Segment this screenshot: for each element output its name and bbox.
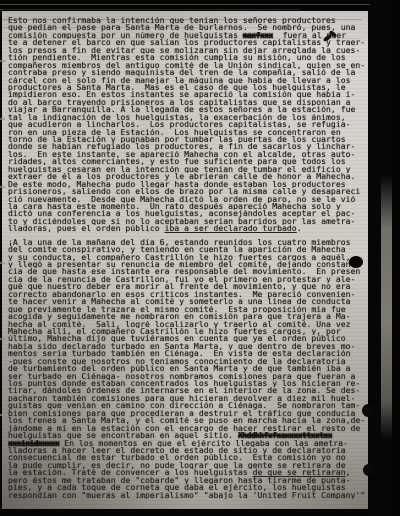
text-line: que pedían el pase para Santa Marta de b… <box>8 24 364 31</box>
text-line: Mahecha allí, el compañero Castrillón le… <box>8 328 364 335</box>
text-line: lladoras a hacer leer el decreto de esta… <box>8 447 364 454</box>
text-line: huelguistas cesaran en la intención que … <box>8 166 364 173</box>
text-line: pacharon también comisiones para que hic… <box>8 395 364 402</box>
text-line: productores a Santa Marta. Mas es el cas… <box>8 84 364 91</box>
text-line: mentos sería turbado también en Ciénaga.… <box>8 350 364 357</box>
text-line: contraba preso y siendo maquinista del t… <box>8 69 364 76</box>
text-line: compañeros miembros del antiguo comité d… <box>8 62 364 69</box>
page-edge-streak <box>381 175 392 440</box>
text-line: hecha al comité. Salí, logré localizarlo… <box>8 321 364 328</box>
text-line: ser turbado en Ciénaga- nosotros nombram… <box>8 373 364 380</box>
text-line: extraer de él a los productores y le abr… <box>8 173 364 180</box>
text-line: y su conducta, el compañero Castrillón l… <box>8 254 364 261</box>
overstruck-text: xxxixidxxxxx <box>8 440 59 447</box>
text-line: De este modo, Mahecha pudo llegar hasta … <box>8 181 364 188</box>
text-line: donde se habían refugiado los productore… <box>8 143 364 150</box>
text-line: y llegó a presentar su renuncia de miemb… <box>8 261 364 268</box>
text-line: último, Mahecha dijo que tuviéramos en c… <box>8 335 364 342</box>
scan-artifact-line <box>0 9 300 10</box>
text-line: correcto abandonarlo en esos críticos in… <box>8 291 364 298</box>
text-line: que acudieron a lincharlos. Los producto… <box>8 121 364 128</box>
text-line: torno de la Estación y pugnaban por tumb… <box>8 136 364 143</box>
overstruck-text: maxfxxx <box>243 32 273 39</box>
text-line: tión pendiente. Mientras esta comisión c… <box>8 54 364 61</box>
text-line: cia de la renuncia de Castrillon, fui yo… <box>8 276 364 283</box>
text-line: ron en una pieza de la Estación. Los hue… <box>8 129 364 136</box>
ink-mark <box>322 30 338 43</box>
edge-mark <box>0 262 5 264</box>
text-line: lladoras, pues el orden público iba a se… <box>8 225 364 232</box>
text-line: ¡A la una de la mañana del día 6, estand… <box>8 239 364 246</box>
scan-artifact-line <box>0 4 370 5</box>
text-line: te hacer venir a Mahecha al comité y som… <box>8 298 364 305</box>
text-line: los presos a fin de evitar que se moliza… <box>8 47 364 54</box>
text-line: impidieron eso. En estos instantes se ap… <box>8 91 364 98</box>
text-line: prisioneros, saliendo con ellos de brazo… <box>8 188 364 195</box>
ink-blob <box>349 256 363 268</box>
text-line: jándome a mí en la estación con el encar… <box>8 425 364 432</box>
underlined-text: previamente le trazara el mismo comité <box>28 306 214 313</box>
text-line: do al barco trayendo prisioneros a los c… <box>8 99 364 106</box>
text-line: de turbamiento del orden público en Sant… <box>8 365 364 372</box>
text-line: los trenes a Santa Marta, y el comité se… <box>8 417 364 424</box>
text-line: Esto nos confirmaba la intención que ten… <box>8 17 364 24</box>
text-line: te a detener el barco en que salían los … <box>8 39 364 46</box>
text-line: pies, y a cada toque de corneta que daba… <box>8 484 364 491</box>
text-line: comisión compuesta por un número de huel… <box>8 32 364 39</box>
text-line: ció nuevamente. Desde que Mahecha dictó … <box>8 196 364 203</box>
scanned-document-page: Esto nos confirmaba la intención que ten… <box>0 0 400 516</box>
text-line: dictó una conferencia a los huelguistas,… <box>8 210 364 217</box>
text-line: acogida y seguidamente me nombraron en c… <box>8 313 364 320</box>
edge-mark <box>0 414 5 416</box>
text-line: que previamente le trazara el mismo comi… <box>8 306 364 313</box>
underlined-text: destruir el tráfico <box>199 410 292 417</box>
text-line: consecuencial de estar turbado el orden … <box>8 454 364 461</box>
text-line: la cara hasta este momento. Un rato desp… <box>8 203 364 210</box>
text-line: tal la indignación de los huelguistas, l… <box>8 114 364 121</box>
text-line: los. En este instante, se apareció Mahec… <box>8 151 364 158</box>
text-line: la pude cumplir, es decir, no pude logra… <box>8 462 364 469</box>
text-line: cárcel con el solo fin de manejar la máq… <box>8 77 364 84</box>
typewritten-text: Esto nos confirmaba la intención que ten… <box>8 17 364 505</box>
edge-mark <box>0 60 5 62</box>
text-line: pero éstos me trataban de "cobarde" y ll… <box>8 477 364 484</box>
paragraph: Esto nos confirmaba la intención que ten… <box>8 17 364 233</box>
text-line: to y diciéndoles que si no lo aceptaban … <box>8 218 364 225</box>
text-line: había sido declarado turbado en Santa Ma… <box>8 343 364 350</box>
text-line: tirar, dándoles órdenes de internarse en… <box>8 387 364 394</box>
text-line: -pues conste que nosotros no teníamos co… <box>8 358 364 365</box>
text-line: del comite conspirativo, y teniendo en c… <box>8 246 364 253</box>
underlined-text: de que se retiraran <box>253 469 346 476</box>
text-line: bien comisiones para que procedieran a d… <box>8 410 364 417</box>
edge-mark <box>0 186 5 188</box>
overstruck-text: Xhddkkfxfxaxxxxttxxtxx <box>238 432 332 439</box>
text-line: ridades, altos comerciantes, y esto fue … <box>8 158 364 165</box>
text-line: cia de que hasta ese instante era respon… <box>8 268 364 275</box>
text-line: huelguistas que se encontraban en aquel … <box>8 432 364 439</box>
edge-mark <box>0 118 5 120</box>
paragraph: ¡A la una de la mañana del día 6, estand… <box>8 239 364 499</box>
text-line: viajar a Barranquilla. A la llegada de e… <box>8 106 364 113</box>
text-line: guistas que venían en camino con direcci… <box>8 402 364 409</box>
text-line: los puntos donde estaban concentrados lo… <box>8 380 364 387</box>
text-line: gué que nuestro deber era morir al frent… <box>8 283 364 290</box>
text-line: respondían con "mueras al imperialismo" … <box>8 492 364 499</box>
text-line: xxxixidxxxxx En los momentos en que el e… <box>8 440 364 447</box>
underlined-text: iba a ser declarado turbado <box>165 225 297 232</box>
text-line: la estación. Traté de convencer a los hu… <box>8 469 364 476</box>
edge-mark <box>0 338 5 340</box>
